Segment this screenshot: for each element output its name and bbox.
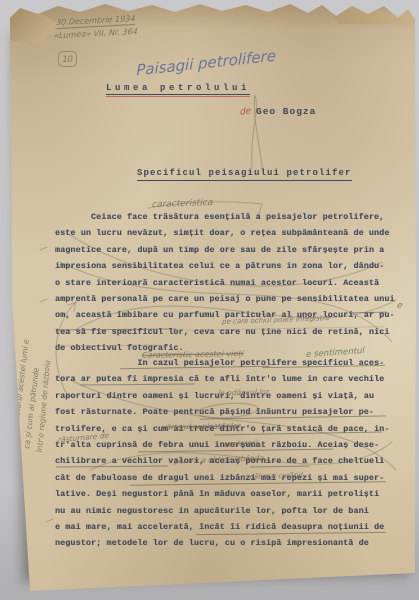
- series-title-text: Lumea petrolului: [106, 83, 250, 95]
- handwritten-annotation: Caracteristic acestei vieți: [142, 349, 244, 360]
- handwritten-annotation: e: [396, 301, 403, 311]
- typed-line: tora ar putea fi impresia că te afli înt…: [55, 371, 400, 387]
- chapter-title: Specificul peisagiului petrolifer: [137, 168, 352, 181]
- handwritten-annotation: în adâncul lor: [218, 387, 270, 398]
- torn-corner-top-right: [332, 4, 414, 24]
- typed-line: amprentă personală pe care un peisaj o p…: [55, 291, 400, 307]
- typed-line: Ceiace face trăsătura esențială a peisaj…: [55, 209, 400, 225]
- typed-line: lative. Deși negustori până în măduva oa…: [55, 486, 400, 502]
- series-title: Lumea petrolului: [106, 83, 250, 97]
- handwritten-annotation: «Lumea» VII, Nr. 364: [54, 27, 138, 40]
- typed-line: impresiona sensibilitatea celui ce a păt…: [55, 258, 400, 274]
- typed-line: nu au nimic negustoresc in apucăturile l…: [55, 503, 400, 519]
- author-byline: Geo Bogza: [256, 106, 316, 117]
- typed-line: magnetice care, după un timp de ore sau …: [55, 242, 400, 258]
- handwritten-annotation: vârtejul exploatărilor: [162, 421, 241, 431]
- manuscript-page: 10 Lumea petrolului Geo Bogza Specificul…: [0, 0, 419, 600]
- typed-line: o stare interioară caracteristică numai …: [55, 275, 400, 291]
- handwritten-annotation: acelorași: [224, 438, 258, 448]
- typed-line: negustor; metodele lor de lucru, cu o ri…: [55, 535, 400, 551]
- page-number-circled: 10: [58, 51, 77, 67]
- typed-line: este un lucru nevăzut, simțit doar, o re…: [55, 225, 400, 241]
- handwritten-annotation: Paisagii petrolifere: [136, 47, 275, 80]
- handwritten-annotation: de: [240, 106, 251, 118]
- typed-paragraph: Ceiace face trăsătura esențială a peisaj…: [55, 209, 400, 357]
